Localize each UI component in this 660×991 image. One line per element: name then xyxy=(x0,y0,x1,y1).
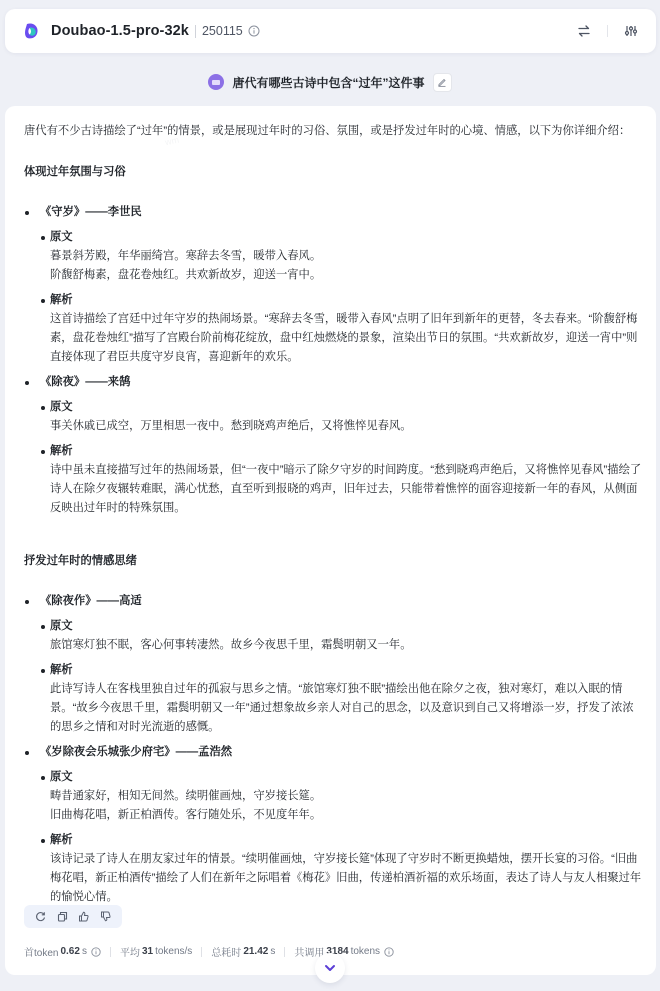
analysis-text: 此诗写诗人在客栈里独自过年的孤寂与思乡之情。“旅馆寒灯独不眠”描绘出他在除夕之夜… xyxy=(50,680,644,737)
info-icon[interactable] xyxy=(91,947,101,957)
poem-item: 《岁除夜会乐城张少府宅》——孟浩然 原文 畴昔通家好，相知无间然。续明催画烛，守… xyxy=(24,743,644,907)
model-version: 250115 xyxy=(202,24,243,38)
original-line: 事关休戚已成空，万里相思一夜中。愁到晓鸡声绝后，又将憔悴见春风。 xyxy=(50,417,644,436)
poem-title: 《除夜》——来鹄 xyxy=(40,373,644,392)
avg-speed-label: 平均 xyxy=(120,944,140,959)
message-actions xyxy=(24,905,122,928)
section-title: 抒发过年时的情感思绪 xyxy=(24,552,644,571)
answer-content: 唐代有不少古诗描绘了“过年”的情景，或是展现过年时的习俗、氛围，或是抒发过年时的… xyxy=(24,122,644,913)
first-token-value: 0.62 xyxy=(60,946,79,957)
analysis-label: 解析 xyxy=(50,291,644,310)
answer-card: wm 唐代有不少古诗描绘了“过年”的情景，或是展现过年时的习俗、氛围，或是抒发过… xyxy=(5,106,656,975)
copy-icon xyxy=(57,911,68,922)
divider xyxy=(195,25,196,38)
edit-pencil-icon xyxy=(437,77,447,87)
original-line: 暮景斜芳殿，年华丽绮宫。寒辞去冬雪，暖带入春风。 xyxy=(50,247,644,266)
divider xyxy=(607,25,608,37)
header-actions xyxy=(573,20,642,42)
first-token-unit: s xyxy=(82,946,87,957)
poem-analysis: 解析 此诗写诗人在客栈里独自过年的孤寂与思乡之情。“旅馆寒灯独不眠”描绘出他在除… xyxy=(40,661,644,737)
poem-analysis: 解析 这首诗描绘了宫廷中过年守岁的热闹场景。“寒辞去冬雪，暖带入春风”点明了旧年… xyxy=(40,291,644,367)
info-icon[interactable] xyxy=(384,947,394,957)
original-label: 原文 xyxy=(50,768,644,787)
section: 体现过年氛围与习俗 《守岁》——李世民 原文 暮景斜芳殿，年华丽绮宫。寒辞去冬雪… xyxy=(24,163,644,518)
analysis-text: 这首诗描绘了宫廷中过年守岁的热闹场景。“寒辞去冬雪，暖带入春风”点明了旧年到新年… xyxy=(50,310,644,367)
analysis-label: 解析 xyxy=(50,442,644,461)
section: 抒发过年时的情感思绪 《除夜作》——高适 原文 旅馆寒灯独不眠，客心何事转凄然。… xyxy=(24,552,644,907)
poem-item: 《除夜作》——高适 原文 旅馆寒灯独不眠，客心何事转凄然。故乡今夜思千里，霜鬓明… xyxy=(24,592,644,737)
thumbs-up-icon xyxy=(78,911,89,922)
dislike-button[interactable] xyxy=(98,910,112,924)
model-header: Doubao-1.5-pro-32k 250115 xyxy=(5,9,656,53)
user-avatar-icon xyxy=(208,74,224,90)
like-button[interactable] xyxy=(77,910,91,924)
answer-intro: 唐代有不少古诗描绘了“过年”的情景，或是展现过年时的习俗、氛围，或是抒发过年时的… xyxy=(24,122,644,141)
avg-speed-value: 31 xyxy=(142,946,153,957)
original-label: 原文 xyxy=(50,228,644,247)
chevron-down-icon xyxy=(324,964,336,972)
analysis-text: 该诗记录了诗人在朋友家过年的情景。“续明催画烛，守岁接长筵”体现了守岁时不断更换… xyxy=(50,850,644,907)
original-line: 畴昔通家好，相知无间然。续明催画烛，守岁接长筵。 xyxy=(50,787,644,806)
swap-model-button[interactable] xyxy=(573,20,595,42)
total-time-label: 总耗时 xyxy=(211,944,241,959)
original-line: 旧曲梅花唱，新正柏酒传。客行随处乐，不见度年年。 xyxy=(50,806,644,825)
divider xyxy=(201,947,202,957)
analysis-text: 诗中虽未直接描写过年的热闹场景，但“一夜中”暗示了除夕守岁的时间跨度。“愁到晓鸡… xyxy=(50,461,644,518)
original-label: 原文 xyxy=(50,617,644,636)
doubao-logo-icon xyxy=(23,22,39,40)
user-question: 唐代有哪些古诗中包含“过年”这件事 xyxy=(0,71,660,93)
avg-speed-unit: tokens/s xyxy=(155,946,192,957)
settings-sliders-icon xyxy=(624,24,638,38)
divider xyxy=(284,947,285,957)
poem-original: 原文 畴昔通家好，相知无间然。续明催画烛，守岁接长筵。 旧曲梅花唱，新正柏酒传。… xyxy=(40,768,644,825)
first-token-label: 首token xyxy=(24,944,58,959)
info-icon[interactable] xyxy=(248,25,260,37)
scroll-to-bottom-button[interactable] xyxy=(315,953,345,983)
swap-icon xyxy=(577,24,591,38)
analysis-label: 解析 xyxy=(50,831,644,850)
divider xyxy=(110,947,111,957)
thumbs-down-icon xyxy=(100,911,111,922)
total-tokens-unit: tokens xyxy=(351,946,380,957)
original-label: 原文 xyxy=(50,398,644,417)
poem-item: 《除夜》——来鹄 原文 事关休戚已成空，万里相思一夜中。愁到晓鸡声绝后，又将憔悴… xyxy=(24,373,644,518)
poem-analysis: 解析 该诗记录了诗人在朋友家过年的情景。“续明催画烛，守岁接长筵”体现了守岁时不… xyxy=(40,831,644,907)
section-title: 体现过年氛围与习俗 xyxy=(24,163,644,182)
poem-item: 《守岁》——李世民 原文 暮景斜芳殿，年华丽绮宫。寒辞去冬雪，暖带入春风。 阶馥… xyxy=(24,203,644,367)
original-line: 阶馥舒梅素，盘花卷烛红。共欢新故岁，迎送一宵中。 xyxy=(50,266,644,285)
settings-button[interactable] xyxy=(620,20,642,42)
model-name[interactable]: Doubao-1.5-pro-32k xyxy=(51,23,189,39)
poem-original: 原文 旅馆寒灯独不眠，客心何事转凄然。故乡今夜思千里，霜鬓明朝又一年。 xyxy=(40,617,644,655)
poem-analysis: 解析 诗中虽未直接描写过年的热闹场景，但“一夜中”暗示了除夕守岁的时间跨度。“愁… xyxy=(40,442,644,518)
edit-question-button[interactable] xyxy=(433,73,452,92)
spacer xyxy=(24,524,644,552)
poem-original: 原文 暮景斜芳殿，年华丽绮宫。寒辞去冬雪，暖带入春风。 阶馥舒梅素，盘花卷烛红。… xyxy=(40,228,644,285)
question-text: 唐代有哪些古诗中包含“过年”这件事 xyxy=(232,74,424,91)
poem-original: 原文 事关休戚已成空，万里相思一夜中。愁到晓鸡声绝后，又将憔悴见春风。 xyxy=(40,398,644,436)
regenerate-icon xyxy=(35,911,46,922)
poem-title: 《岁除夜会乐城张少府宅》——孟浩然 xyxy=(40,743,644,762)
poem-title: 《守岁》——李世民 xyxy=(40,203,644,222)
total-time-unit: s xyxy=(270,946,275,957)
copy-button[interactable] xyxy=(55,910,69,924)
total-time-value: 21.42 xyxy=(243,946,268,957)
original-line: 旅馆寒灯独不眠，客心何事转凄然。故乡今夜思千里，霜鬓明朝又一年。 xyxy=(50,636,644,655)
regenerate-button[interactable] xyxy=(34,910,48,924)
poem-title: 《除夜作》——高适 xyxy=(40,592,644,611)
analysis-label: 解析 xyxy=(50,661,644,680)
